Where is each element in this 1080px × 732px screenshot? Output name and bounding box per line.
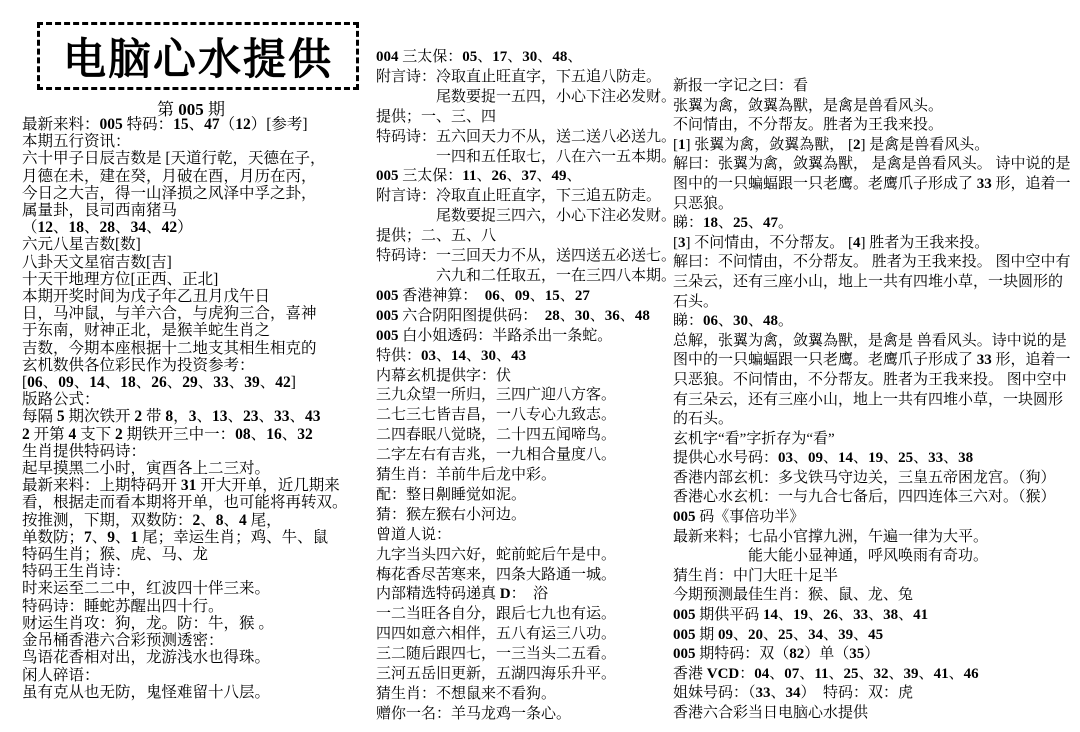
text-line: 004 三太保：05、17、30、48、 (376, 48, 676, 68)
text-line: 玄机字“看”字折存为“看” (673, 430, 1073, 450)
text-line: 金吊桶香港六合彩预测透密： (22, 632, 364, 649)
text-line: 二七三七皆吉昌，一八专心九致志。 (376, 406, 676, 426)
text-line: 本期五行资讯： (22, 133, 364, 150)
text-line: 梅花香尽苦寒来，四条大路通一城。 (376, 566, 676, 586)
text-line: 版路公式： (22, 391, 364, 408)
text-line: 起早摸黑二小时，寅酉各上二三对。 (22, 460, 364, 477)
text-line: 一二当旺各自分，跟后七九也有运。 (376, 605, 676, 625)
text-line: 005 三太保：11、26、37、49、 (376, 167, 676, 187)
text-line: 新报一字记之曰：看 (673, 77, 1073, 97)
text-line: 配：整日劓睡觉如泥。 (376, 486, 676, 506)
text-line: 九字当头四六好，蛇前蛇后午是中。 (376, 546, 676, 566)
text-line: 今日之大吉，得一山泽损之风泽中孚之卦， (22, 185, 364, 202)
text-line: 005 期供平码 14、19、26、33、38、41 (673, 606, 1073, 626)
text-line: 曾道人说： (376, 526, 676, 546)
text-line: 图中的一只蝙蝠跟一只老鹰。老鹰爪子形成了 33 形，追着一 (673, 351, 1073, 371)
text-line: 猜生肖：羊前牛后龙中彩。 (376, 466, 676, 486)
text-line: 2 开第 4 支下 2 期铁开三中一：08、16、32 (22, 426, 364, 443)
text-line: 不问情由，不分帮友。胜者为王我来投。 (673, 116, 1073, 136)
text-line: 六九和二任取五，一在三四八本期。 (376, 267, 676, 287)
text-line: 005 香港神算： 06、09、15、27 (376, 287, 676, 307)
text-line: 特码王生肖诗： (22, 563, 364, 580)
text-line: 按推测，下期，双数防：2、8、4 尾， (22, 512, 364, 529)
text-line: 虽有克从也无防，鬼怪难留十八层。 (22, 684, 364, 701)
text-line: 三河五岳旧更新，五湖四海乐升平。 (376, 665, 676, 685)
text-line: 最新来料；七品小官撑九洲，午遍一律为大平。 (673, 528, 1073, 548)
text-line: 赠你一名：羊马龙鸡一条心。 (376, 705, 676, 725)
text-line: 时来运至二二中，红波四十伴三来。 (22, 580, 364, 597)
text-line: 属量卦，艮司西南猪马 (22, 202, 364, 219)
text-line: 特码诗：睡蛇苏醒出四十行。 (22, 598, 364, 615)
text-line: 张翼为禽，敛翼為獸，是禽是兽看风头。 (673, 97, 1073, 117)
text-line: 只恶狼。 (673, 195, 1073, 215)
text-line: 生肖提供特码诗： (22, 443, 364, 460)
text-line: 二字左右有吉兆，一九相合量度八。 (376, 446, 676, 466)
text-line: 提供心水号码：03、09、14、19、25、33、38 (673, 449, 1073, 469)
text-line: 玄机数供各位彩民作为投资参考： (22, 357, 364, 374)
text-line: 只恶狼。不问情由，不分帮友。胜者为王我来投。 图中空中 (673, 371, 1073, 391)
text-line: 鸟语花香相对出，龙游浅水也得珠。 (22, 649, 364, 666)
text-line: 猜生肖：不想鼠来不看狗。 (376, 685, 676, 705)
text-line: 最新来料：上期特码开 31 开大开单，近几期来 (22, 477, 364, 494)
text-line: 提供；二、五、八 (376, 227, 676, 247)
right-column: 新报一字记之曰：看张翼为禽，敛翼為獸，是禽是兽看风头。不问情由，不分帮友。胜者为… (673, 77, 1073, 724)
text-line: 香港 VCD：04、07、11、25、32、39、41、46 (673, 665, 1073, 685)
text-line: 本期开奖时间为戊子年乙丑月戊午日 (22, 288, 364, 305)
text-line: 特码诗：一三回天力不从，送四送五必送七。 (376, 247, 676, 267)
text-line: 005 白小姐透码：半路杀出一条蛇。 (376, 327, 676, 347)
text-line: 特码诗：五六回天力不从，送二送八必送九。 (376, 128, 676, 148)
page-title: 电脑心水提供 (63, 26, 333, 87)
text-line: 有三朵云，还有三座小山，地上一共有四堆小草，一块圆形 (673, 391, 1073, 411)
text-line: 香港心水玄机：一与九合七备后，四四连体三六对。（猴） (673, 488, 1073, 508)
text-line: 解曰：张翼为禽，敛翼為獸， 是禽是兽看风头。 诗中说的是 (673, 155, 1073, 175)
text-line: 能大能小显神通，呼风唤雨有奇功。 (673, 547, 1073, 567)
text-line: 每隔 5 期次铁开 2 带 8，3、13、23、33、43 (22, 408, 364, 425)
text-line: 单数防；7、9、1 尾；幸运生肖；鸡、牛、鼠 (22, 529, 364, 546)
text-line: 睇：18、25、47。 (673, 214, 1073, 234)
text-line: 总解，张翼为禽，敛翼為獸，是禽是 兽看风头。诗中说的是 (673, 332, 1073, 352)
text-line: 三二随后跟四七，一三当头二五看。 (376, 645, 676, 665)
text-line: [3] 不问情由，不分帮友。 [4] 胜者为王我来投。 (673, 234, 1073, 254)
text-line: 005 码《事倍功半》 (673, 508, 1073, 528)
text-line: 内部精选特码递真 D： 浴 (376, 585, 676, 605)
text-line: 最新来料：005 特码：15、47（12）[参考] (22, 116, 364, 133)
left-column: 最新来料：005 特码：15、47（12）[参考]本期五行资讯：六十甲子日辰吉数… (22, 116, 364, 701)
text-line: 005 六合阴阳图提供码： 28、30、36、48 (376, 307, 676, 327)
text-line: 四四如意六相伴，五八有运三八功。 (376, 625, 676, 645)
text-line: [06、09、14、18、26、29、33、39、42] (22, 374, 364, 391)
text-line: [1] 张翼为禽，敛翼為獸， [2] 是禽是兽看风头。 (673, 136, 1073, 156)
text-line: 二四春眠八觉晓，二十四五闻啼鸟。 (376, 426, 676, 446)
text-line: 于东南，财神正北，是猴羊蛇生肖之 (22, 322, 364, 339)
text-line: 图中的一只蝙蝠跟一只老鹰。老鹰爪子形成了 33 形，追着一 (673, 175, 1073, 195)
text-line: 的石头。 (673, 410, 1073, 430)
text-line: 特码生肖；猴、虎、马、龙 (22, 546, 364, 563)
text-line: 005 期特码：双（82）单（35） (673, 645, 1073, 665)
text-line: 三九众望一所归，三四广迎八方客。 (376, 386, 676, 406)
text-line: 六十甲子日辰吉数是 [天道行乾，天德在子， (22, 150, 364, 167)
text-line: 石头。 (673, 293, 1073, 313)
text-line: 日，马冲鼠，与羊六合，与虎狗三合，喜神 (22, 305, 364, 322)
text-line: 六元八星吉数[数] (22, 236, 364, 253)
text-line: 姐妹号码：（33、34） 特码：双：虎 (673, 684, 1073, 704)
text-line: 特供：03、14、30、43 (376, 347, 676, 367)
text-line: 月德在未，建在癸，月破在酉，月历在丙， (22, 168, 364, 185)
text-line: 今期预测最佳生肖：猴、鼠、龙、兔 (673, 586, 1073, 606)
text-line: 十天干地理方位[正西、正北] (22, 271, 364, 288)
masthead-box: 电脑心水提供 (37, 22, 359, 90)
text-line: 内幕玄机提供字：伏 (376, 367, 676, 387)
text-line: 附言诗：冷取直止旺直字，下五追八防走。 (376, 68, 676, 88)
text-line: 三朵云，还有三座小山，地上一共有四堆小草，一块圆形的 (673, 273, 1073, 293)
text-line: 看，根据走而看本期将开单，也可能将再转双。 (22, 494, 364, 511)
text-line: 尾数要捉三四六，小心下注必发财。 (376, 207, 676, 227)
text-line: 尾数要捉一五四，小心下注必发财。 (376, 88, 676, 108)
text-line: 闲人碎语： (22, 667, 364, 684)
text-line: 睇：06、30、48。 (673, 312, 1073, 332)
text-line: 香港内部玄机：多戈铁马守边关，三皇五帝困龙宫。（狗） (673, 469, 1073, 489)
middle-column: 004 三太保：05、17、30、48、附言诗：冷取直止旺直字，下五追八防走。 … (376, 48, 676, 725)
text-line: 八卦天文星宿吉数[吉] (22, 254, 364, 271)
text-line: 吉数，今期本座根据十二地支其相生相克的 (22, 340, 364, 357)
text-line: 附言诗：冷取直止旺直字，下三追五防走。 (376, 187, 676, 207)
tip-sheet-page: 电脑心水提供 第 005 期 最新来料：005 特码：15、47（12）[参考]… (0, 0, 1080, 732)
text-line: 提供；一、三、四 (376, 108, 676, 128)
text-line: 财运生肖攻：狗，龙。防：牛，猴 。 (22, 615, 364, 632)
text-line: 猜生肖：中门大旺十足半 (673, 567, 1073, 587)
text-line: （12、18、28、34、42） (22, 219, 364, 236)
text-line: 香港六合彩当日电脑心水提供 (673, 704, 1073, 724)
text-line: 解曰：不问情由，不分帮友。 胜者为王我来投。 图中空中有 (673, 253, 1073, 273)
text-line: 005 期 09、20、25、34、39、45 (673, 626, 1073, 646)
text-line: 一四和五任取七，八在六一五本期。 (376, 148, 676, 168)
text-line: 猜：猴左猴右小河边。 (376, 506, 676, 526)
